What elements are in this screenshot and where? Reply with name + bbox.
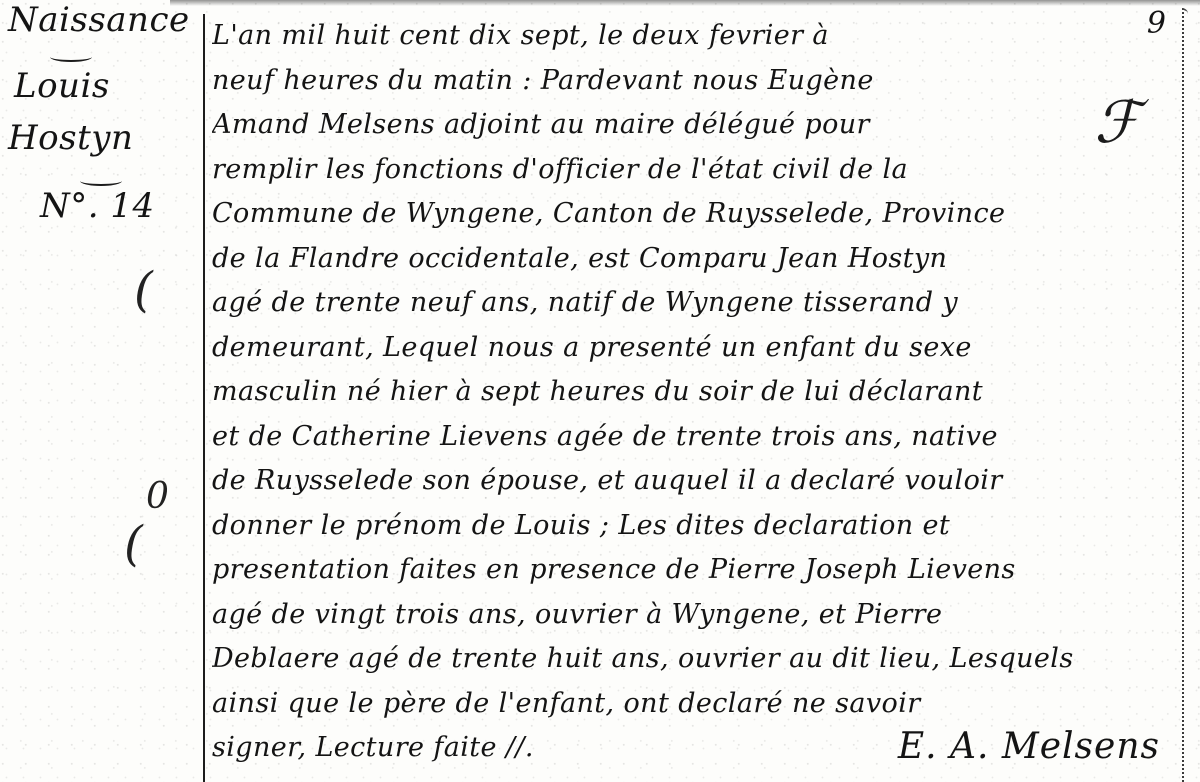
margin-surname: Hostyn	[8, 118, 133, 158]
scan-top-edge	[170, 0, 1200, 6]
margin-mark: (	[124, 516, 143, 572]
page-right-border	[1182, 8, 1188, 782]
officer-signature: E. A. Melsens	[898, 726, 1160, 767]
text-line: masculin né hier à sept heures du soir d…	[212, 370, 1167, 415]
text-line: Deblaere agé de trente huit ans, ouvrier…	[212, 637, 1167, 682]
margin-rule	[203, 14, 205, 782]
text-line: Amand Melsens adjoint au maire délégué p…	[212, 103, 1167, 148]
margin-column: Naissance Louis Hostyn N°. 14 ( 0 (	[0, 0, 200, 782]
text-line: remplir les fonctions d'officier de l'ét…	[212, 148, 1167, 193]
text-line: ainsi que le père de l'enfant, ont decla…	[212, 682, 1167, 727]
text-line: et de Catherine Lievens agée de trente t…	[212, 415, 1167, 460]
margin-mark: 0	[146, 476, 169, 517]
text-line: de Ruysselede son épouse, et auquel il a…	[212, 459, 1167, 504]
margin-given-name: Louis	[14, 66, 110, 106]
text-line: de la Flandre occidentale, est Comparu J…	[212, 237, 1167, 282]
record-body: L'an mil huit cent dix sept, le deux fev…	[212, 14, 1167, 771]
margin-squiggle-divider	[80, 176, 122, 186]
text-line: L'an mil huit cent dix sept, le deux fev…	[212, 14, 1167, 59]
text-line: presentation faites en presence de Pierr…	[212, 548, 1167, 593]
text-line: agé de vingt trois ans, ouvrier à Wyngen…	[212, 593, 1167, 638]
margin-mark: (	[134, 262, 153, 318]
text-line: demeurant, Lequel nous a presenté un enf…	[212, 326, 1167, 371]
text-line: neuf heures du matin : Pardevant nous Eu…	[212, 59, 1167, 104]
text-line: Commune de Wyngene, Canton de Ruysselede…	[212, 192, 1167, 237]
margin-squiggle-divider	[50, 52, 92, 62]
margin-record-number: N°. 14	[40, 186, 155, 226]
margin-title: Naissance	[8, 0, 190, 40]
text-line: donner le prénom de Louis ; Les dites de…	[212, 504, 1167, 549]
text-line: agé de trente neuf ans, natif de Wyngene…	[212, 281, 1167, 326]
